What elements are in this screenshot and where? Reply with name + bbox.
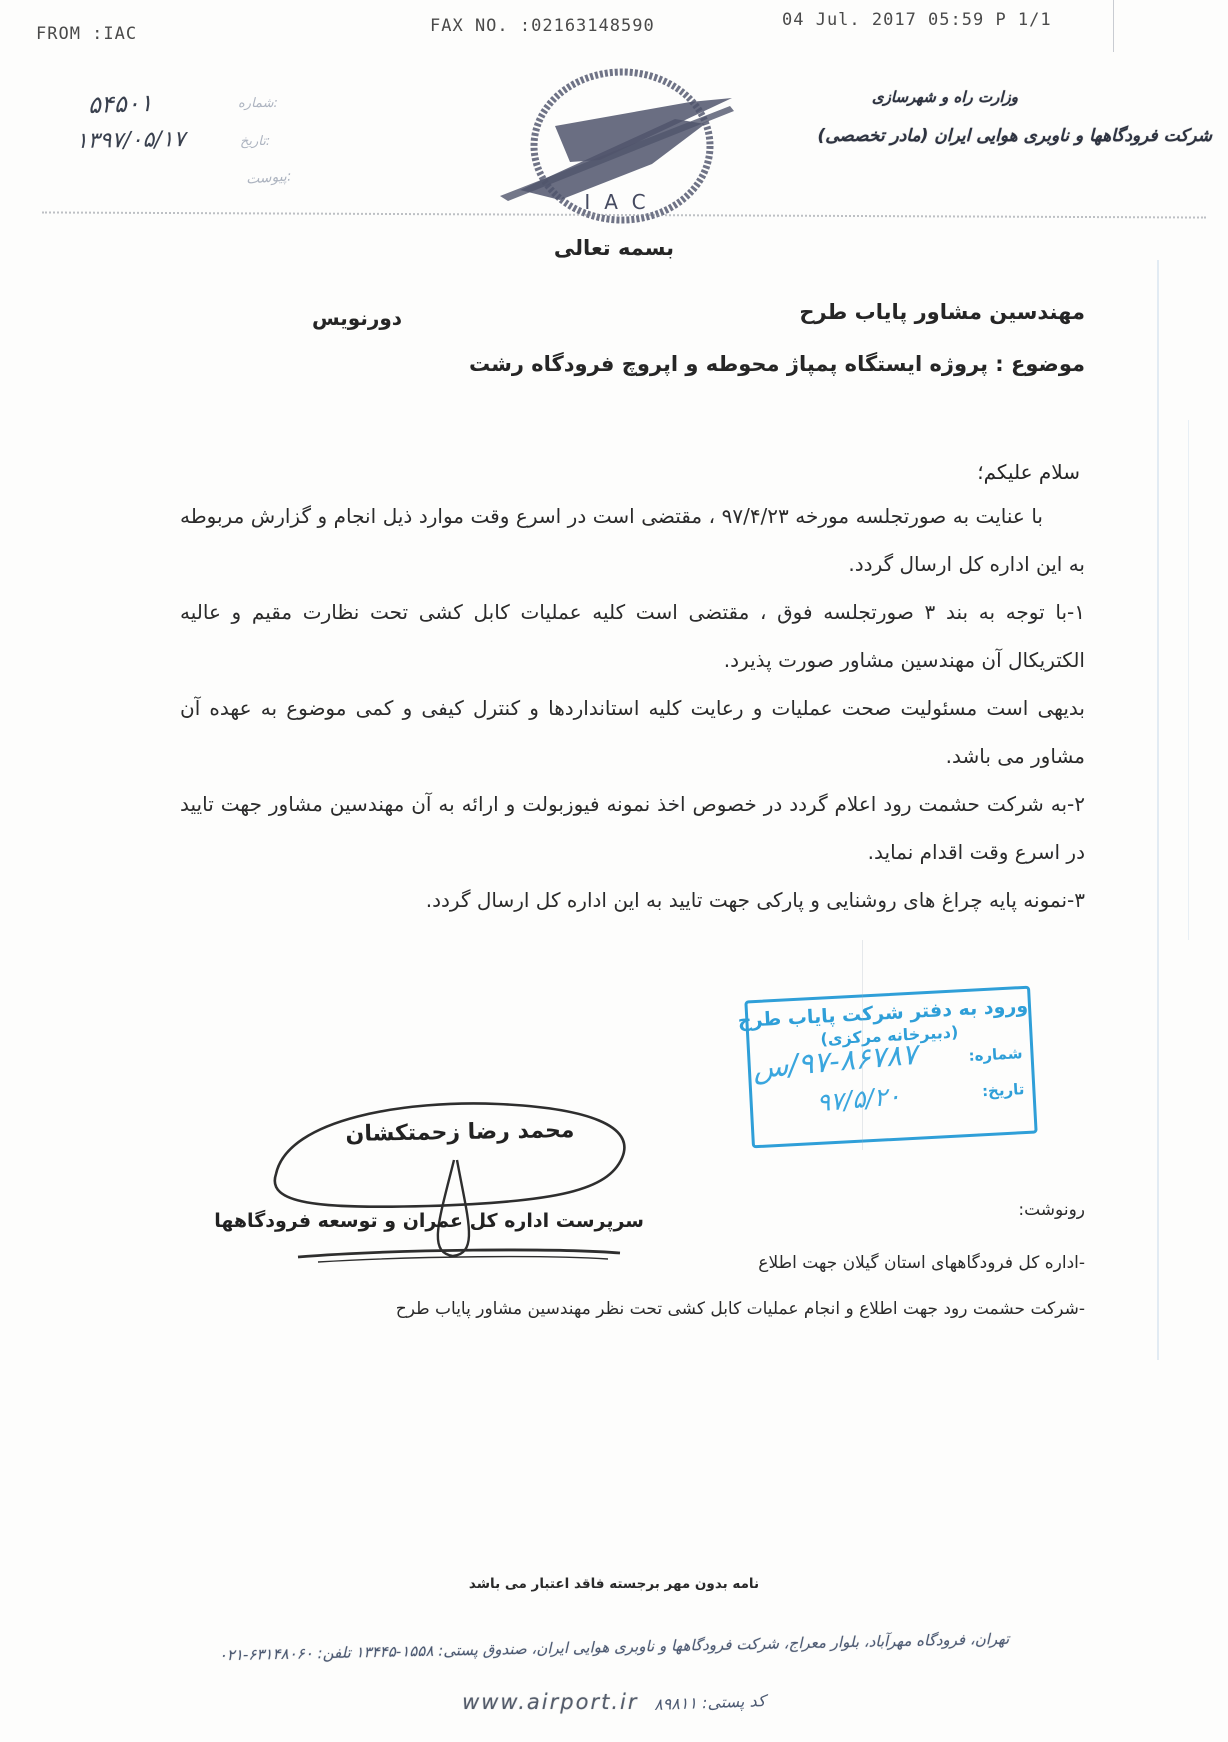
logo-letters: IAC	[584, 190, 659, 214]
iac-airports-logo-icon: IAC	[500, 64, 740, 229]
fax-document-page: FROM :IAC FAX NO. :02163148590 04 Jul. 2…	[0, 0, 1228, 1742]
fax-datetime: 04 Jul. 2017 05:59 P 1/1	[782, 10, 1052, 30]
fax-from: FROM :IAC	[36, 24, 137, 44]
letter-date-handwritten: ۱۳۹۷/۰۵/۱۷	[76, 127, 186, 154]
via-fax-note: دورنویس	[312, 306, 402, 330]
receipt-stamp: ورود به دفتر شرکت پایاب طرح (دبیرخانه مر…	[744, 986, 1037, 1149]
body-paragraph-4: ۲-به شرکت حشمت رود اعلام گردد در خصوص اخ…	[180, 780, 1085, 876]
scan-artifact-line	[1157, 260, 1159, 1360]
ministry-name: وزارت راه و شهرسازی	[872, 88, 1018, 106]
recipient-name: مهندسین مشاور پایاب طرح	[799, 300, 1085, 324]
stamp-number-label: شماره:	[968, 1044, 1023, 1065]
subject-line: موضوع : پروژه ایستگاه پمپاژ محوطه و اپرو…	[469, 352, 1085, 376]
company-name: شرکت فرودگاهها و ناوبری هوایی ایران (ماد…	[817, 126, 1212, 146]
letter-number-handwritten: ۵۴۵۰۱	[88, 89, 153, 119]
attachment-label: پیوست:	[245, 168, 292, 187]
postal-code-fragment: کد پستی: ۸۹۸۱۱	[654, 1691, 766, 1714]
body-paragraph-5: ۳-نمونه پایه چراغ های روشنایی و پارکی جه…	[180, 876, 1085, 924]
scan-artifact-line	[1113, 0, 1114, 52]
date-label: تاریخ:	[240, 134, 270, 149]
cc-label: رونوشت:	[285, 1200, 1085, 1220]
cc-item-1: -اداره کل فرودگاههای استان گیلان جهت اطل…	[285, 1240, 1085, 1286]
cc-item-2: -شرکت حشمت رود جهت اطلاع و انجام عملیات …	[285, 1286, 1085, 1332]
fax-number: FAX NO. :02163148590	[430, 16, 655, 36]
besmeh-taala: بسمه تعالی	[0, 236, 1228, 260]
cc-block: رونوشت: -اداره کل فرودگاههای استان گیلان…	[285, 1200, 1085, 1332]
validity-note: نامه بدون مهر برجسته فاقد اعتبار می باشد	[0, 1576, 1228, 1592]
scan-artifact-line	[1188, 420, 1189, 940]
website-url: www.airport.ir	[462, 1690, 638, 1714]
body-paragraph-1: با عنایت به صورتجلسه مورخه ۹۷/۴/۲۳ ، مقت…	[180, 492, 1085, 588]
stamp-date-label: تاریخ:	[982, 1080, 1025, 1100]
number-label: شماره:	[238, 96, 278, 111]
address-line: تهران، فرودگاه مهرآباد، بلوار معراج، شرک…	[44, 1626, 1184, 1668]
stamp-date-handwritten: ۹۷/۵/۲۰	[816, 1081, 902, 1117]
body-paragraph-3: بدیهی است مسئولیت صحت عملیات و رعایت کلی…	[180, 684, 1085, 780]
scan-artifact-line	[862, 940, 863, 1150]
web-line: www.airport.ir کد پستی: ۸۹۸۱۱	[0, 1690, 1228, 1714]
greeting: سلام علیکم؛	[977, 460, 1080, 484]
body-paragraph-2: ۱-با توجه به بند ۳ صورتجلسه فوق ، مقتضی …	[180, 588, 1085, 684]
letter-body: با عنایت به صورتجلسه مورخه ۹۷/۴/۲۳ ، مقت…	[180, 492, 1085, 924]
